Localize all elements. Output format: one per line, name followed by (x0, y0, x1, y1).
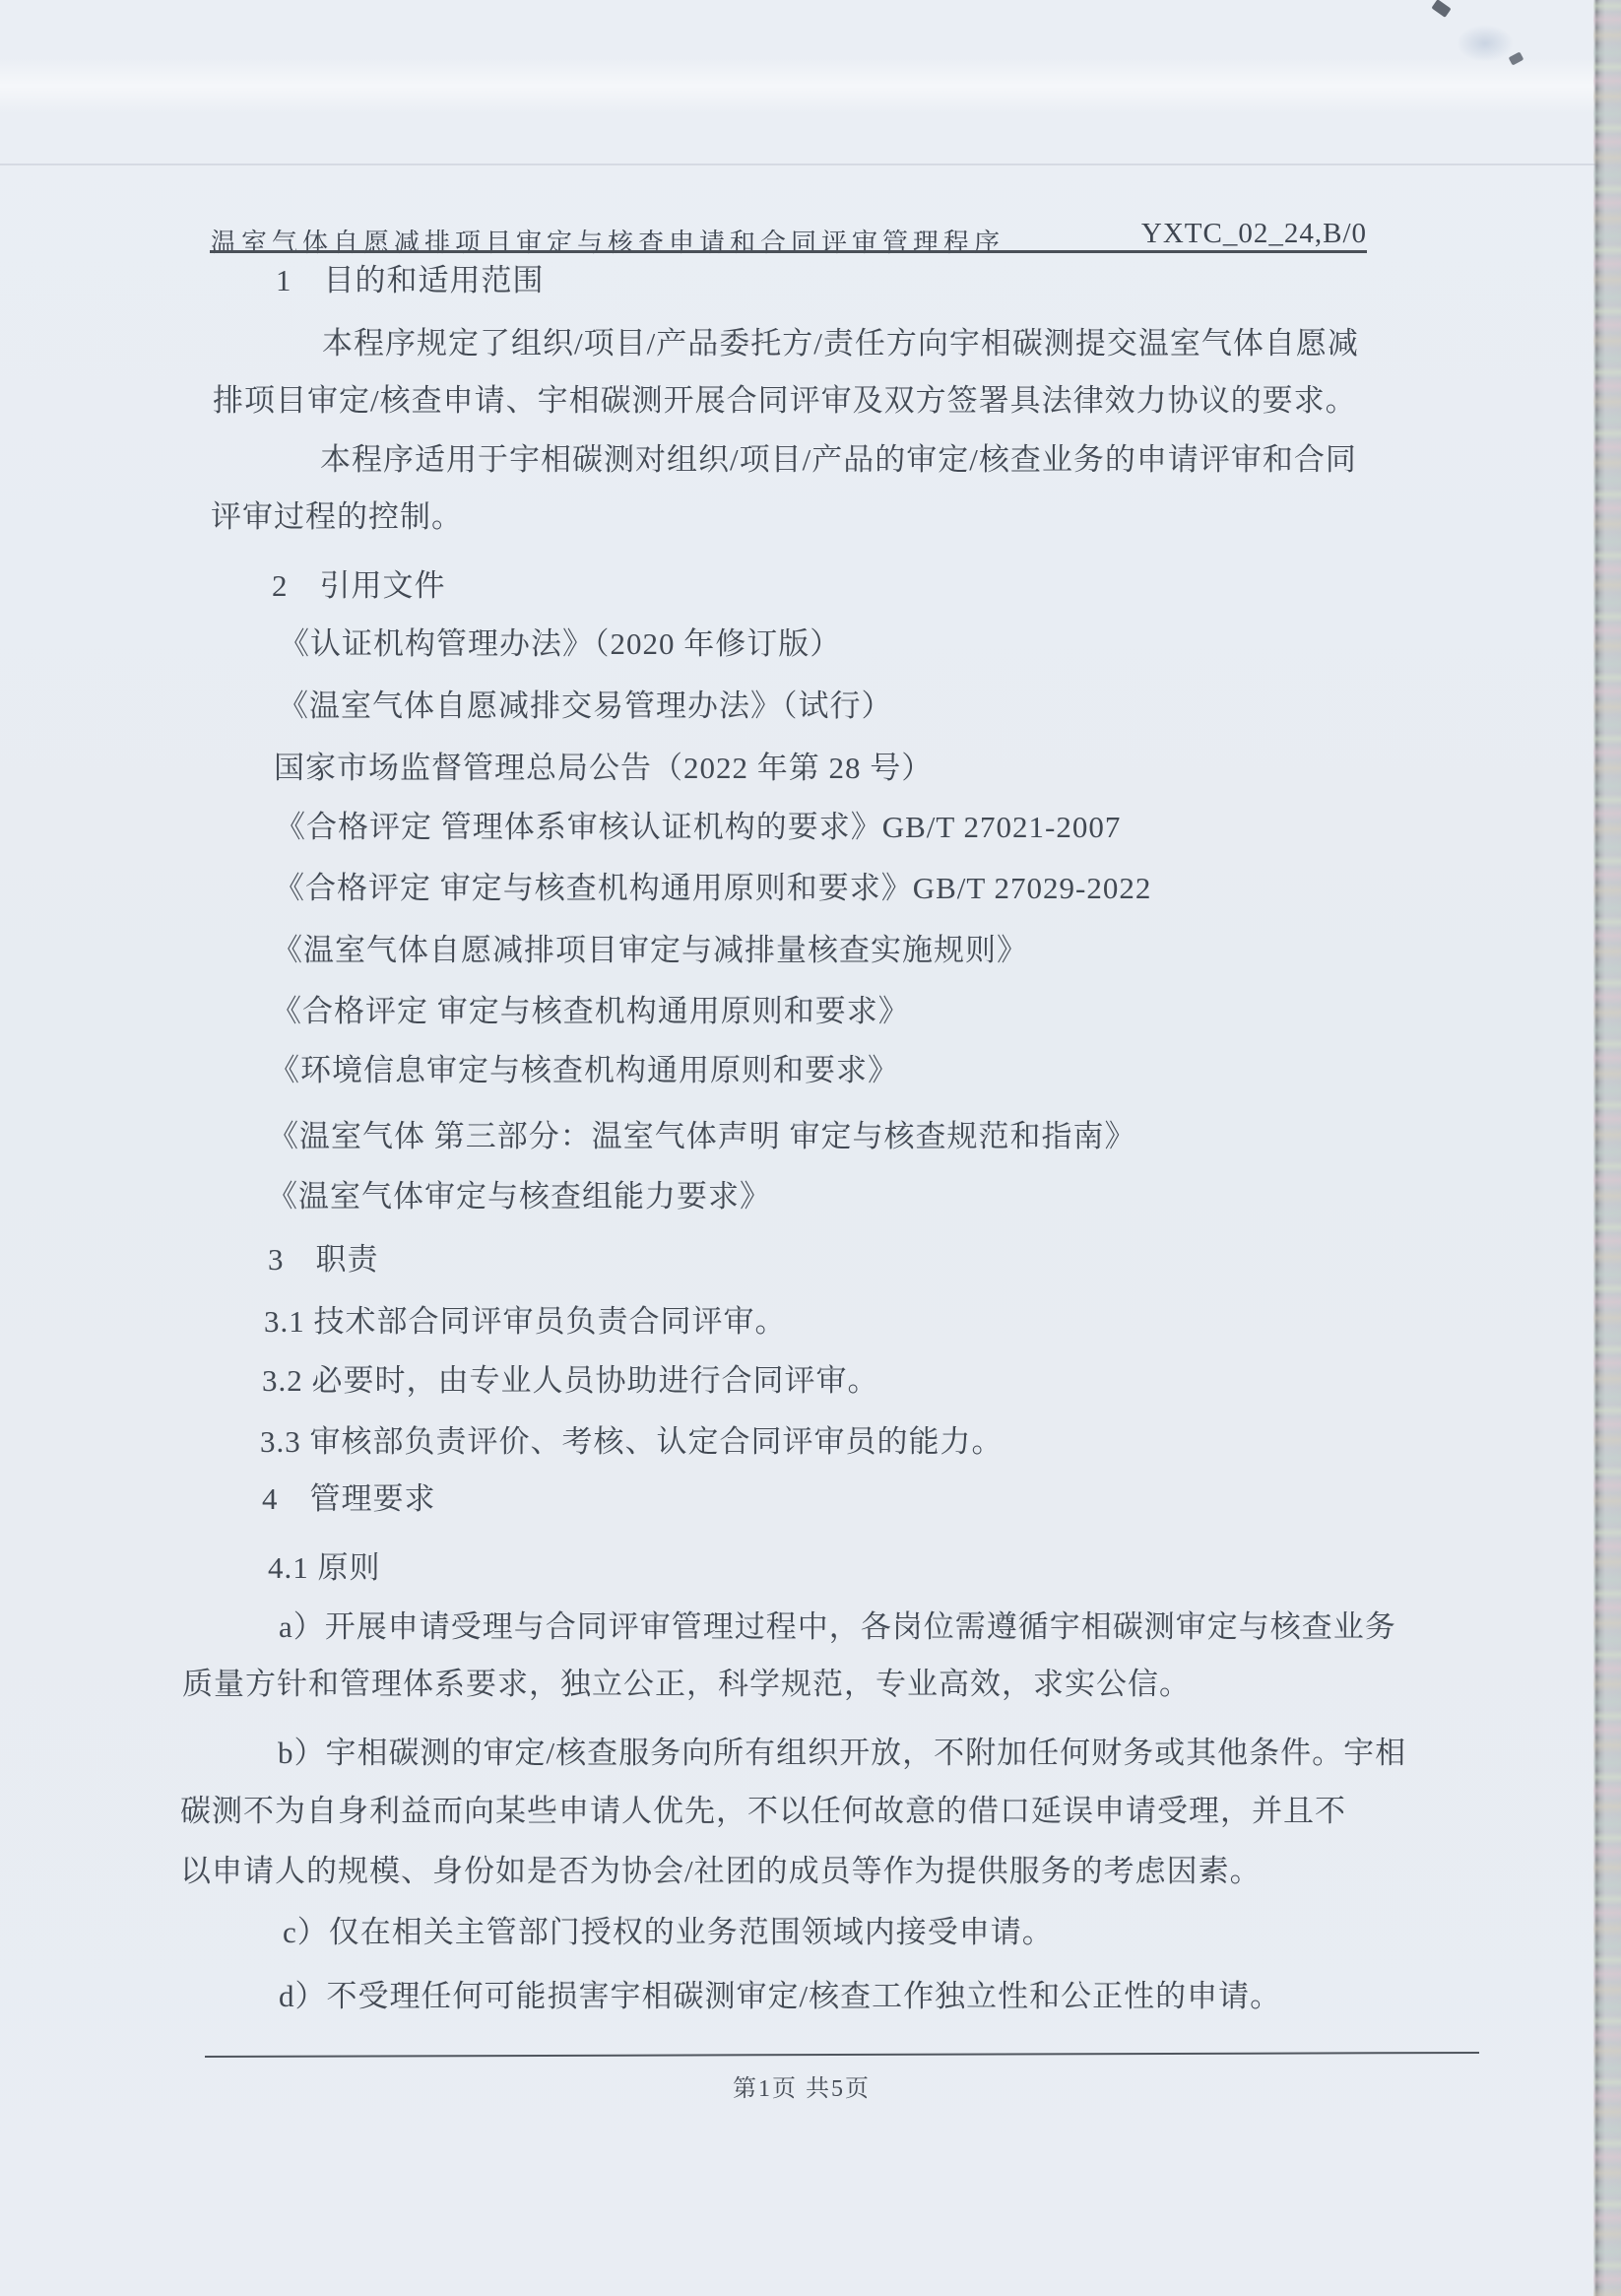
reference-line: 《温室气体审定与核查组能力要求》 (267, 1179, 771, 1214)
body-text-line: 碳测不为自身利益而向某些申请人优先，不以任何故意的借口延误申请受理，并且不 (180, 1794, 1346, 1829)
section-heading: 2 引用文件 (272, 568, 446, 604)
clause-line: 3.2 必要时，由专业人员协助进行合同评审。 (262, 1363, 879, 1399)
document-number: YXTC_02_24,B/0 (1141, 218, 1367, 250)
ink-speck (1431, 0, 1451, 18)
scan-edge-artifact (1593, 0, 1621, 2296)
body-text-line: 本程序适用于宇相碳测对组织/项目/产品的审定/核查业务的申请评审和合同 (320, 442, 1357, 478)
reference-line: 《合格评定 审定与核查机构通用原则和要求》 (271, 994, 910, 1029)
reference-line: 国家市场监督管理总局公告（2022 年第 28 号） (274, 751, 933, 786)
page-number: 第1页 共5页 (0, 2068, 1603, 2103)
scan-light-band (0, 57, 1595, 114)
body-text-line: 质量方针和管理体系要求，独立公正，科学规范，专业高效，求实公信。 (182, 1667, 1191, 1702)
body-text-line: 本程序规定了组织/项目/产品委托方/责任方向宇相碳测提交温室气体自愿减 (322, 326, 1359, 361)
list-item-line: a）开展申请受理与合同评审管理过程中，各岗位需遵循宇相碳测审定与核查业务 (279, 1609, 1396, 1645)
reference-line: 《温室气体自愿减排交易管理办法》（试行） (278, 689, 893, 724)
section-heading: 3 职责 (268, 1242, 379, 1278)
header-rule (210, 250, 1367, 253)
body-text-line: 评审过程的控制。 (211, 499, 463, 535)
clause-line: 3.3 审核部负责评价、考核、认定合同评审员的能力。 (260, 1424, 1004, 1460)
body-text-line: 排项目审定/核查申请、宇相碳测开展合同评审及双方签署具法律效力协议的要求。 (213, 383, 1357, 419)
reference-line: 《合格评定 管理体系审核认证机构的要求》GB/T 27021-2007 (275, 810, 1121, 845)
reference-line: 《温室气体 第三部分：温室气体声明 审定与核查规范和指南》 (268, 1119, 1136, 1154)
section-heading: 1 目的和适用范围 (276, 263, 545, 298)
clause-line: 4.1 原则 (268, 1550, 381, 1586)
reference-line: 《合格评定 审定与核查机构通用原则和要求》GB/T 27029-2022 (274, 871, 1151, 906)
reference-line: 《温室气体自愿减排项目审定与减排量核查实施规则》 (272, 933, 1028, 968)
scanned-document-page: 温室气体自愿减排项目审定与核查申请和合同评审管理程序 YXTC_02_24,B/… (0, 0, 1621, 2296)
list-item-line: b）宇相碳测的审定/核查服务向所有组织开放，不附加任何财务或其他条件。宇相 (278, 1736, 1406, 1771)
clause-line: 3.1 技术部合同评审员负责合同评审。 (264, 1304, 787, 1340)
reference-line: 《环境信息审定与核查机构通用原则和要求》 (269, 1053, 899, 1088)
list-item-line: c）仅在相关主管部门授权的业务范围领域内接受申请。 (283, 1915, 1054, 1950)
document-header-title: 温室气体自愿减排项目审定与核查申请和合同评审管理程序 (211, 223, 1005, 259)
footer-rule (205, 2052, 1479, 2058)
body-text-line: 以申请人的规模、身份如是否为协会/社团的成员等作为提供服务的考虑因素。 (180, 1854, 1262, 1889)
section-heading: 4 管理要求 (262, 1481, 436, 1517)
scan-streak-line (0, 164, 1595, 165)
list-item-line: d）不受理任何可能损害宇相碳测审定/核查工作独立性和公正性的申请。 (279, 1979, 1281, 2014)
reference-line: 《认证机构管理办法》（2020 年修订版） (279, 626, 841, 662)
